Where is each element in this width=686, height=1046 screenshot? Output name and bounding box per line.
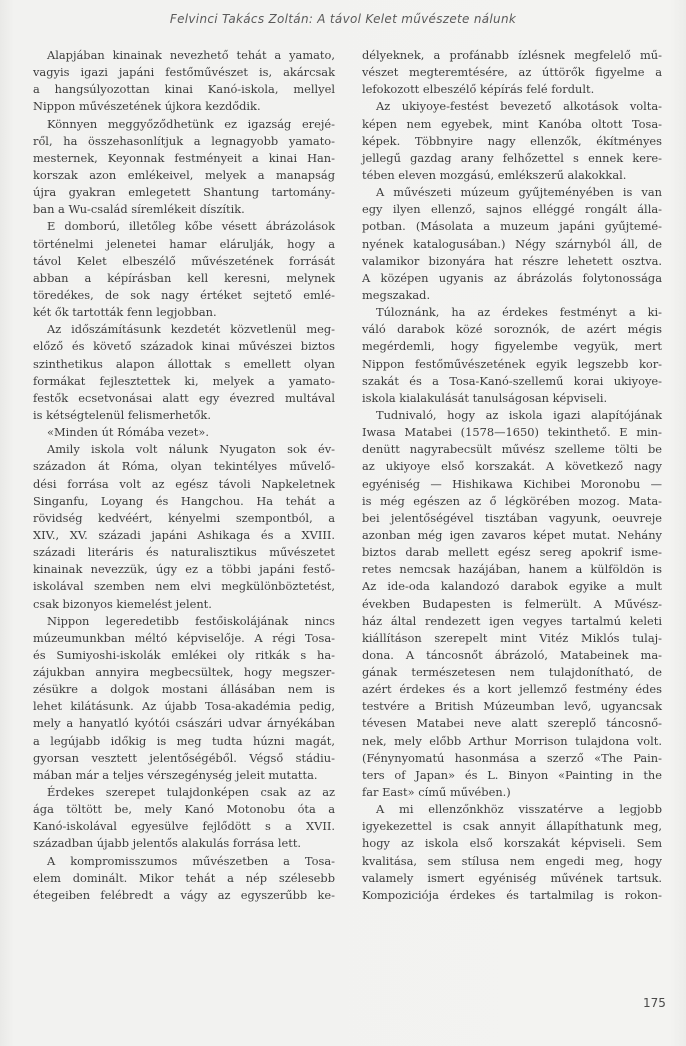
text-line: zésükre a dolgok mostani állásában nem i… (33, 681, 335, 698)
text-line: az ukiyoye első korszakát. A következő n… (362, 458, 662, 475)
text-line: szinthetikus alapon állottak s emellett … (33, 356, 335, 373)
text-line: biztos darab mellett egész sereg apokrif… (362, 544, 662, 561)
text-line: Tudnivaló, hogy az iskola igazi alapítój… (362, 407, 662, 424)
text-line: években Budapesten is felmerült. A Művés… (362, 596, 662, 613)
text-line: kiállításon szerepelt mint Vitéz Miklós … (362, 630, 662, 647)
text-line: far East» című művében.) (362, 784, 662, 801)
text-line: dési forrása volt az egész távoli Napkel… (33, 476, 335, 493)
text-line: «Minden út Rómába vezet». (33, 424, 335, 441)
text-line: potban. (Másolata a muzeum japáni gyűjte… (362, 218, 662, 235)
text-line: a hangsúlyozottan kinai Kanó-iskola, mel… (33, 81, 335, 98)
running-header: Felvinci Takács Zoltán: A távol Kelet mű… (0, 12, 686, 26)
text-line: múzeumunkban méltó képviselője. A régi T… (33, 630, 335, 647)
text-line: A középen ugyanis az ábrázolás folytonos… (362, 270, 662, 287)
text-line: megszakad. (362, 287, 662, 304)
text-line: mában már a teljes vérszegénység jeleit … (33, 767, 335, 784)
text-line: A művészeti múzeum gyűjteményében is van (362, 184, 662, 201)
text-line: képek. Többnyire nagy ellenzők, ékítmény… (362, 133, 662, 150)
text-line: igyekezettel is csak annyit állapíthatun… (362, 818, 662, 835)
text-line: mesternek, Keyonnak festményeit a kinai … (33, 150, 335, 167)
text-line: formákat fejlesztettek ki, melyek a yama… (33, 373, 335, 390)
text-line: Nippon művészetének újkora kezdődik. (33, 98, 335, 115)
text-line: Kanó-iskolával egyesülve fejlődött s a X… (33, 818, 335, 835)
page-number: 175 (643, 996, 666, 1010)
text-line: Az ide-oda kalandozó darabok egyike a mu… (362, 578, 662, 595)
text-line: egyéniség — Hishikawa Kichibei Moronobu … (362, 476, 662, 493)
text-line: Singanfu, Loyang és Hangchou. Ha tehát a (33, 493, 335, 510)
text-line: Alapjában kinainak nevezhető tehát a yam… (33, 47, 335, 64)
text-line: XIV., XV. századi japáni Ashikaga és a X… (33, 527, 335, 544)
text-line: (Fénynyomatú hasonmása a szerző «The Pai… (362, 750, 662, 767)
text-line: hogy az iskola első korszakát képviseli.… (362, 835, 662, 852)
text-line: kvalitása, sem stílusa nem engedi meg, h… (362, 853, 662, 870)
text-line: jellegű gazdag arany felhőzettel s ennek… (362, 150, 662, 167)
text-line: egy ilyen ellenző, sajnos elléggé rongál… (362, 201, 662, 218)
text-line: rövidség kedvéért, kényelmi szempontból,… (33, 510, 335, 527)
text-line: korszak azon emlékeivel, melyek a manaps… (33, 167, 335, 184)
text-line: dona. A táncosnőt ábrázoló, Matabeinek m… (362, 647, 662, 664)
text-line: szakát és a Tosa-Kanó-szellemű korai uki… (362, 373, 662, 390)
text-line: vagyis igazi japáni festőművészet is, ak… (33, 64, 335, 81)
text-line: délyeknek, a profánabb ízlésnek megfelel… (362, 47, 662, 64)
text-line: Nippon festőművészetének egyik legszebb … (362, 356, 662, 373)
text-line: a legújabb időkig is meg tudta húzni mag… (33, 733, 335, 750)
text-line: valamikor bizonyára hat részre lehetett … (362, 253, 662, 270)
text-line: Érdekes szerepet tulajdonképen csak az a… (33, 784, 335, 801)
text-line: is még egészen az ő légkörében mozog. Ma… (362, 493, 662, 510)
text-line: Kompoziciója érdekes és tartalmilag is r… (362, 887, 662, 904)
text-line: csak bizonyos kiemelést jelent. (33, 596, 335, 613)
text-line: megérdemli, hogy figyelembe vegyük, mert (362, 338, 662, 355)
text-line: A kompromisszumos művészetben a Tosa- (33, 853, 335, 870)
text-line: gyorsan vesztett jelentőségéből. Végső s… (33, 750, 335, 767)
text-line: vészet megteremtésére, az úttörők figyel… (362, 64, 662, 81)
text-line: is kétségtelenül felismerhetők. (33, 407, 335, 424)
text-line: mely a hanyatló kyótói császári udvar ár… (33, 715, 335, 732)
text-line: Az időszámításunk kezdetét közvetlenül m… (33, 321, 335, 338)
text-line: nek, mely előbb Arthur Morrison tulajdon… (362, 733, 662, 750)
text-line: képen nem egyebek, mint Kanóba oltott To… (362, 116, 662, 133)
text-line: bei jelentőségével tisztában vagyunk, oe… (362, 510, 662, 527)
text-line: abban a képírásban kell keresni, melynek (33, 270, 335, 287)
text-line: valamely ismert egyéniség művének tartsu… (362, 870, 662, 887)
text-line: ters of Japan» és L. Binyon «Painting in… (362, 767, 662, 784)
text-line: két ők tartották fenn legjobban. (33, 304, 335, 321)
text-line: denütt nagyrabecsült művész szelleme töl… (362, 441, 662, 458)
text-line: tében eleven mozgású, emlékszerű alakokk… (362, 167, 662, 184)
text-line: újra gyakran emlegetett Shantung tartomá… (33, 184, 335, 201)
text-line: előző és követő századok kinai művészei … (33, 338, 335, 355)
text-line: Az ukiyoye-festést bevezető alkotások vo… (362, 98, 662, 115)
text-line: századon át Róma, olyan tekintélyes műve… (33, 458, 335, 475)
text-line: nyének katalogusában.) Négy szárnyból ál… (362, 236, 662, 253)
text-line: retes nemcsak hazájában, hanem a külföld… (362, 561, 662, 578)
text-line: lehet kilátásunk. Az újabb Tosa-akadémia… (33, 698, 335, 715)
text-line: töredékes, de sok nagy értéket sejtető e… (33, 287, 335, 304)
text-column-left: Alapjában kinainak nevezhető tehát a yam… (33, 47, 335, 904)
book-page: Felvinci Takács Zoltán: A távol Kelet mű… (0, 0, 686, 1046)
text-line: távol Kelet elbeszélő művészetének forrá… (33, 253, 335, 270)
text-line: ban a Wu-család síremlékeit díszítik. (33, 201, 335, 218)
text-line: századi literáris és naturalisztikus műv… (33, 544, 335, 561)
text-line: elem dominált. Mikor tehát a nép szélese… (33, 870, 335, 887)
text-line: kinainak nevezzük, úgy ez a többi japáni… (33, 561, 335, 578)
text-line: E domború, illetőleg kőbe vésett ábrázol… (33, 218, 335, 235)
text-line: iskola kialakulását tanulságosan képvise… (362, 390, 662, 407)
text-line: tévesen Matabei neve alatt szereplő tánc… (362, 715, 662, 732)
text-line: zájukban annyira megbecsültek, hogy megs… (33, 664, 335, 681)
text-line: lefokozott elbeszélő képírás felé fordul… (362, 81, 662, 98)
text-line: A mi ellenzőnkhöz visszatérve a legjobb (362, 801, 662, 818)
text-line: azért érdekes és a kort jellemző festmén… (362, 681, 662, 698)
text-line: ház által rendezett igen vegyes tartalmú… (362, 613, 662, 630)
text-line: Amily iskola volt nálunk Nyugaton sok év… (33, 441, 335, 458)
text-line: Iwasa Matabei (1578—1650) tekinthető. E … (362, 424, 662, 441)
text-line: iskolával szemben nem elvi megkülönbözte… (33, 578, 335, 595)
text-line: Túloznánk, ha az érdekes festményt a ki- (362, 304, 662, 321)
text-line: testvére a British Múzeumban levő, ugyan… (362, 698, 662, 715)
text-line: Könnyen meggyőződhetünk ez igazság erejé… (33, 116, 335, 133)
text-line: gának természetesen nem tulajdonítható, … (362, 664, 662, 681)
text-line: ről, ha összehasonlítjuk a legnagyobb ya… (33, 133, 335, 150)
text-line: Nippon legeredetibb festőiskolájának nin… (33, 613, 335, 630)
text-line: festők ecsetvonásai alatt egy évezred mu… (33, 390, 335, 407)
text-column-right: délyeknek, a profánabb ízlésnek megfelel… (362, 47, 662, 904)
text-line: és Sumiyoshi-iskolák emlékei oly ritkák … (33, 647, 335, 664)
text-line: ága töltött be, mely Kanó Motonobu óta a (33, 801, 335, 818)
text-line: étegeiben felébredt a vágy az egyszerűbb… (33, 887, 335, 904)
text-line: században újabb jelentős alakulás forrás… (33, 835, 335, 852)
text-line: azonban még igen zavaros képet mutat. Ne… (362, 527, 662, 544)
text-line: történelmi jelenetei hamar elárulják, ho… (33, 236, 335, 253)
text-line: váló darabok közé soroznók, de azért még… (362, 321, 662, 338)
